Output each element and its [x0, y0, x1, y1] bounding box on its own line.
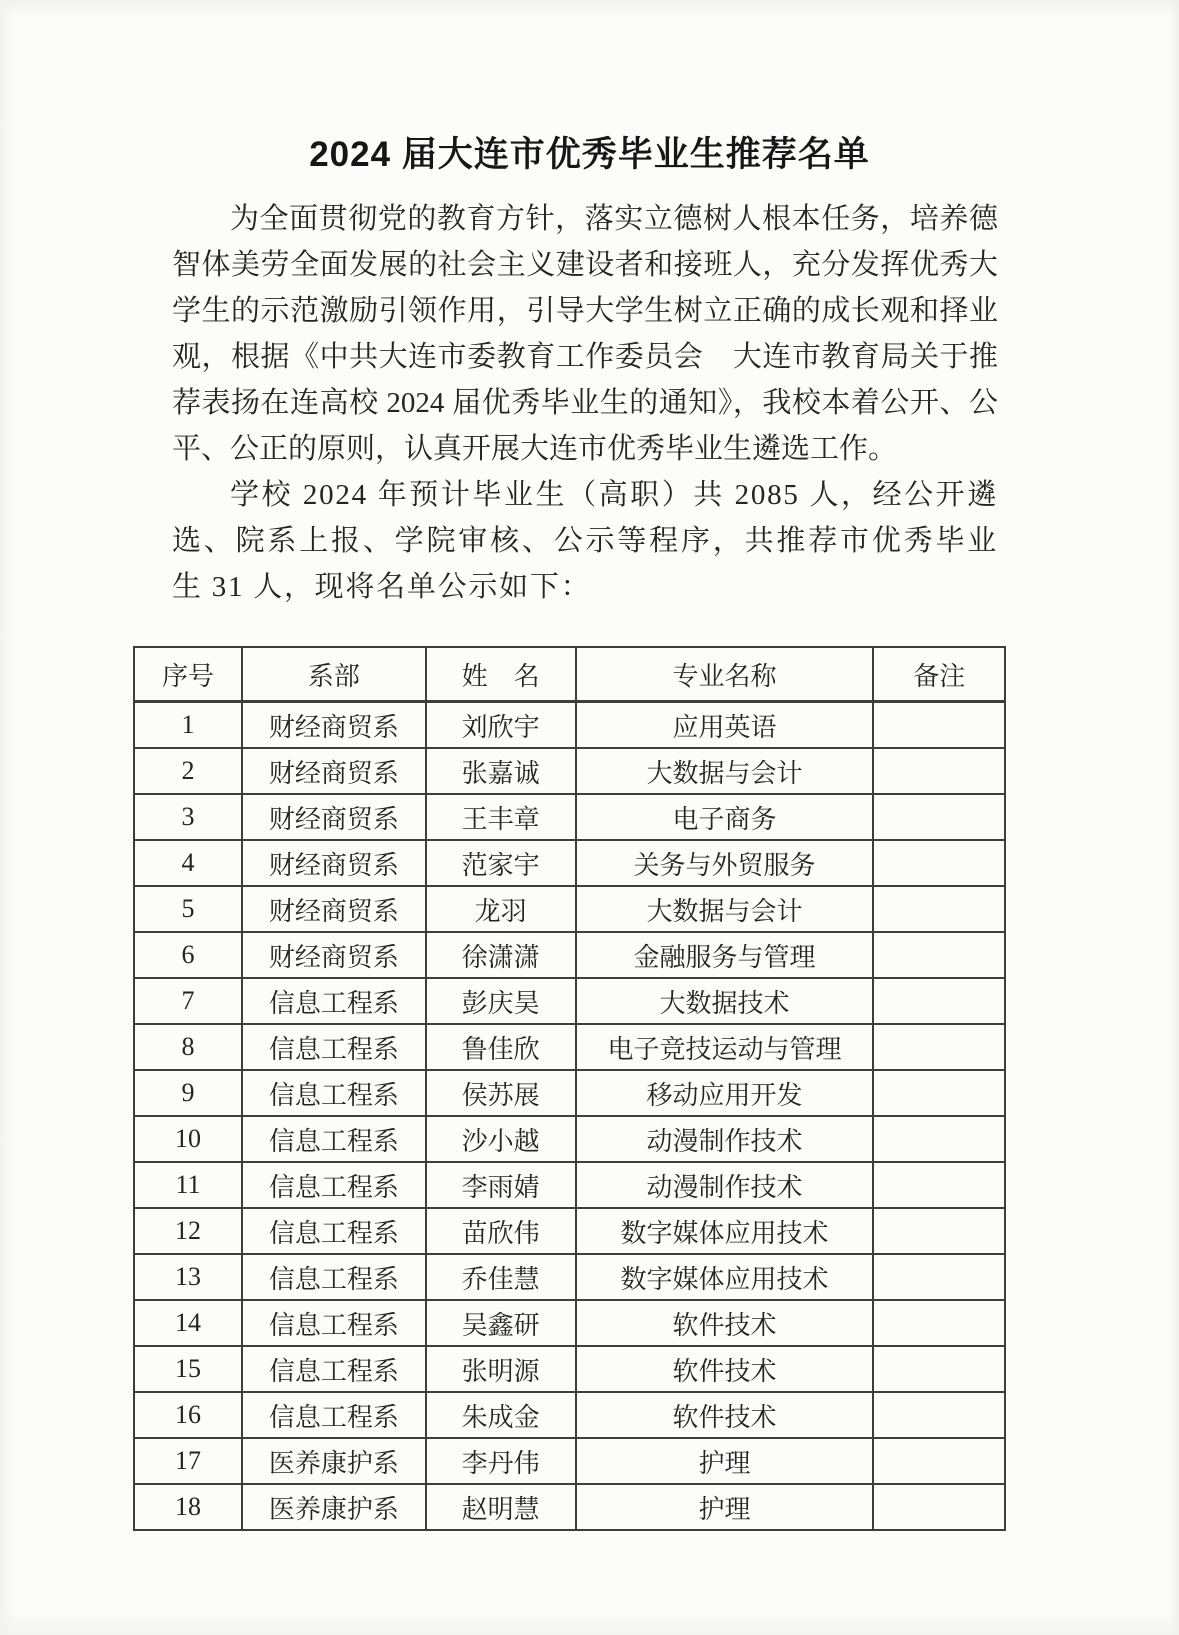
cell-name: 龙羽 — [426, 886, 576, 932]
document-page: 2024 届大连市优秀毕业生推荐名单 为全面贯彻党的教育方针，落实立德树人根本任… — [0, 0, 1179, 1635]
cell-note — [873, 702, 1005, 749]
cell-name: 赵明慧 — [426, 1484, 576, 1530]
cell-note — [873, 748, 1005, 794]
cell-department: 信息工程系 — [242, 1392, 426, 1438]
column-header-department: 系部 — [242, 647, 426, 702]
cell-major: 数字媒体应用技术 — [576, 1254, 874, 1300]
cell-name: 苗欣伟 — [426, 1208, 576, 1254]
table-row: 16信息工程系朱成金软件技术 — [134, 1392, 1005, 1438]
cell-name: 刘欣宇 — [426, 702, 576, 749]
table-row: 15信息工程系张明源软件技术 — [134, 1346, 1005, 1392]
cell-note — [873, 1208, 1005, 1254]
cell-name: 吴鑫研 — [426, 1300, 576, 1346]
cell-name: 徐潇潇 — [426, 932, 576, 978]
intro-paragraph-2: 学校 2024 年预计毕业生（高职）共 2085 人，经公开遴选、院系上报、学院… — [172, 472, 998, 610]
cell-number: 16 — [134, 1392, 242, 1438]
cell-number: 13 — [134, 1254, 242, 1300]
cell-number: 3 — [134, 794, 242, 840]
cell-note — [873, 978, 1005, 1024]
cell-department: 信息工程系 — [242, 1070, 426, 1116]
table-row: 18医养康护系赵明慧护理 — [134, 1484, 1005, 1530]
cell-note — [873, 1254, 1005, 1300]
table-row: 6财经商贸系徐潇潇金融服务与管理 — [134, 932, 1005, 978]
cell-note — [873, 886, 1005, 932]
cell-number: 9 — [134, 1070, 242, 1116]
cell-department: 财经商贸系 — [242, 886, 426, 932]
cell-name: 朱成金 — [426, 1392, 576, 1438]
cell-name: 彭庆昊 — [426, 978, 576, 1024]
cell-major: 软件技术 — [576, 1392, 874, 1438]
cell-number: 11 — [134, 1162, 242, 1208]
cell-name: 李雨婧 — [426, 1162, 576, 1208]
cell-major: 大数据与会计 — [576, 748, 874, 794]
cell-note — [873, 932, 1005, 978]
cell-name: 张明源 — [426, 1346, 576, 1392]
cell-department: 财经商贸系 — [242, 748, 426, 794]
cell-major: 软件技术 — [576, 1300, 874, 1346]
cell-department: 信息工程系 — [242, 1162, 426, 1208]
cell-major: 关务与外贸服务 — [576, 840, 874, 886]
cell-number: 17 — [134, 1438, 242, 1484]
table-row: 8信息工程系鲁佳欣电子竞技运动与管理 — [134, 1024, 1005, 1070]
cell-note — [873, 1392, 1005, 1438]
page-title: 2024 届大连市优秀毕业生推荐名单 — [0, 0, 1179, 178]
cell-number: 5 — [134, 886, 242, 932]
table-row: 2财经商贸系张嘉诚大数据与会计 — [134, 748, 1005, 794]
cell-major: 数字媒体应用技术 — [576, 1208, 874, 1254]
graduates-table: 序号 系部 姓 名 专业名称 备注 1财经商贸系刘欣宇应用英语2财经商贸系张嘉诚… — [133, 646, 1006, 1531]
cell-major: 大数据技术 — [576, 978, 874, 1024]
cell-major: 应用英语 — [576, 702, 874, 749]
cell-department: 信息工程系 — [242, 978, 426, 1024]
cell-name: 张嘉诚 — [426, 748, 576, 794]
table-row: 5财经商贸系龙羽大数据与会计 — [134, 886, 1005, 932]
table-header-row: 序号 系部 姓 名 专业名称 备注 — [134, 647, 1005, 702]
cell-number: 15 — [134, 1346, 242, 1392]
table-row: 1财经商贸系刘欣宇应用英语 — [134, 702, 1005, 749]
cell-department: 信息工程系 — [242, 1116, 426, 1162]
table-row: 14信息工程系吴鑫研软件技术 — [134, 1300, 1005, 1346]
cell-major: 电子商务 — [576, 794, 874, 840]
cell-name: 乔佳慧 — [426, 1254, 576, 1300]
cell-department: 财经商贸系 — [242, 794, 426, 840]
cell-number: 2 — [134, 748, 242, 794]
table-row: 13信息工程系乔佳慧数字媒体应用技术 — [134, 1254, 1005, 1300]
column-header-note: 备注 — [873, 647, 1005, 702]
cell-major: 软件技术 — [576, 1346, 874, 1392]
cell-name: 范家宇 — [426, 840, 576, 886]
table-row: 11信息工程系李雨婧动漫制作技术 — [134, 1162, 1005, 1208]
cell-note — [873, 1484, 1005, 1530]
cell-number: 1 — [134, 702, 242, 749]
cell-number: 8 — [134, 1024, 242, 1070]
cell-department: 财经商贸系 — [242, 932, 426, 978]
table-row: 17医养康护系李丹伟护理 — [134, 1438, 1005, 1484]
cell-department: 信息工程系 — [242, 1346, 426, 1392]
cell-note — [873, 1346, 1005, 1392]
column-header-major: 专业名称 — [576, 647, 874, 702]
cell-number: 14 — [134, 1300, 242, 1346]
cell-name: 侯苏展 — [426, 1070, 576, 1116]
cell-department: 医养康护系 — [242, 1438, 426, 1484]
cell-major: 护理 — [576, 1438, 874, 1484]
table-row: 7信息工程系彭庆昊大数据技术 — [134, 978, 1005, 1024]
cell-name: 王丰章 — [426, 794, 576, 840]
cell-major: 动漫制作技术 — [576, 1116, 874, 1162]
cell-major: 护理 — [576, 1484, 874, 1530]
cell-note — [873, 840, 1005, 886]
cell-department: 医养康护系 — [242, 1484, 426, 1530]
cell-major: 动漫制作技术 — [576, 1162, 874, 1208]
cell-name: 沙小越 — [426, 1116, 576, 1162]
cell-note — [873, 1024, 1005, 1070]
cell-major: 移动应用开发 — [576, 1070, 874, 1116]
intro-paragraph-1: 为全面贯彻党的教育方针，落实立德树人根本任务，培养德智体美劳全面发展的社会主义建… — [172, 196, 998, 472]
cell-note — [873, 1116, 1005, 1162]
cell-department: 信息工程系 — [242, 1300, 426, 1346]
cell-name: 李丹伟 — [426, 1438, 576, 1484]
cell-note — [873, 1070, 1005, 1116]
cell-department: 信息工程系 — [242, 1024, 426, 1070]
table-row: 3财经商贸系王丰章电子商务 — [134, 794, 1005, 840]
cell-note — [873, 1438, 1005, 1484]
cell-number: 18 — [134, 1484, 242, 1530]
cell-note — [873, 794, 1005, 840]
column-header-name: 姓 名 — [426, 647, 576, 702]
cell-name: 鲁佳欣 — [426, 1024, 576, 1070]
cell-note — [873, 1162, 1005, 1208]
cell-major: 大数据与会计 — [576, 886, 874, 932]
table-row: 12信息工程系苗欣伟数字媒体应用技术 — [134, 1208, 1005, 1254]
cell-major: 电子竞技运动与管理 — [576, 1024, 874, 1070]
table-row: 4财经商贸系范家宇关务与外贸服务 — [134, 840, 1005, 886]
cell-department: 信息工程系 — [242, 1208, 426, 1254]
table-row: 9信息工程系侯苏展移动应用开发 — [134, 1070, 1005, 1116]
table-row: 10信息工程系沙小越动漫制作技术 — [134, 1116, 1005, 1162]
cell-major: 金融服务与管理 — [576, 932, 874, 978]
cell-number: 7 — [134, 978, 242, 1024]
table-body: 1财经商贸系刘欣宇应用英语2财经商贸系张嘉诚大数据与会计3财经商贸系王丰章电子商… — [134, 702, 1005, 1531]
cell-department: 信息工程系 — [242, 1254, 426, 1300]
cell-department: 财经商贸系 — [242, 702, 426, 749]
column-header-number: 序号 — [134, 647, 242, 702]
cell-department: 财经商贸系 — [242, 840, 426, 886]
cell-number: 6 — [134, 932, 242, 978]
cell-note — [873, 1300, 1005, 1346]
cell-number: 4 — [134, 840, 242, 886]
cell-number: 12 — [134, 1208, 242, 1254]
cell-number: 10 — [134, 1116, 242, 1162]
